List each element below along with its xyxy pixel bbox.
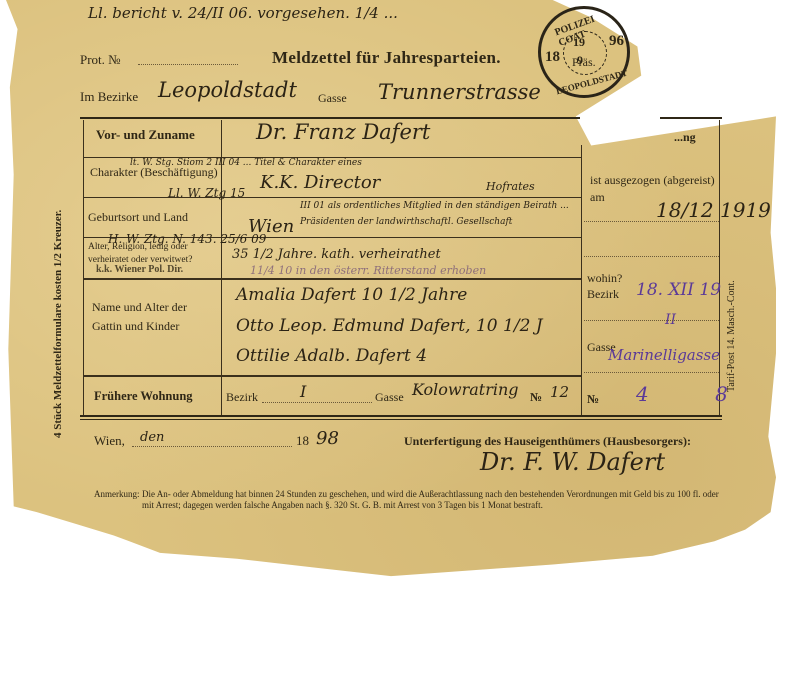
side-price-note: 4 Stück Meldzettelformulare kosten 1/2 K… [52, 210, 64, 438]
previous-bezirk-line [262, 402, 372, 403]
police-directorate-stamp: k.k. Wiener Pol. Dir. [96, 264, 183, 275]
previous-bezirk-label: Bezirk [226, 390, 258, 405]
table-col-divider-right [581, 145, 582, 416]
occupation-annotation: lt. W. Stg. Stiom 2 III 04 ... Titel & C… [130, 158, 570, 168]
bezirk-value: Leopoldstadt [158, 78, 297, 102]
right-dotted-line [584, 221, 719, 222]
legal-note: Die An- oder Abmeldung hat binnen 24 Stu… [142, 489, 722, 511]
prot-number-label: Prot. № [80, 52, 121, 68]
gasse-value: Trunnerstrasse [378, 80, 541, 104]
stamp-day: 19 [573, 35, 585, 50]
day-value: den [140, 430, 164, 445]
table-top-rule-right [660, 117, 722, 119]
wohin-label: wohin? [587, 271, 622, 286]
row-divider [83, 278, 581, 280]
row-divider [83, 375, 581, 377]
new-bezirk-label: Bezirk [587, 287, 619, 302]
stamp-year-left: 18 [545, 49, 560, 66]
year-prefix: 18 [296, 433, 309, 449]
new-gasse-value: Marinelligasse [608, 346, 720, 364]
label-full-name: Vor- und Zuname [96, 127, 195, 143]
occupation-margin-note: Ll. W. Ztg 15 [168, 186, 245, 200]
birthplace-margin-note: H. W. Ztg. N. 143. 25/6 09 [108, 232, 266, 246]
table-left-border [83, 120, 84, 416]
previous-gasse-value: Kolowratring [412, 380, 519, 399]
previous-bezirk-value: I [300, 382, 306, 401]
right-dotted-line [584, 372, 719, 373]
stamp-year-right: 96 [609, 33, 624, 50]
side-tarif-note: Tarif-Post 14. Masch.-Cont. [726, 280, 737, 392]
moved-out-date: 18/12 1919 [656, 198, 771, 222]
note-label: Anmerkung: [94, 489, 140, 499]
value-full-name: Dr. Franz Dafert [256, 120, 430, 144]
prot-number-line [138, 64, 238, 65]
year-value: 98 [316, 428, 339, 449]
table-top-rule [80, 117, 580, 119]
value-occupation-note: Hofrates [486, 180, 535, 193]
child-line-1: Otto Leop. Edmund Dafert, 10 1/2 J [236, 316, 543, 336]
value-age-religion-status: 35 1/2 Jahre. kath. verheirathet [232, 247, 441, 262]
gasse-label: Gasse [318, 91, 347, 106]
birthplace-annotation: III 01 als ordentliches Mitglied in den … [300, 198, 580, 230]
previous-no-value: 12 [550, 383, 569, 401]
label-previous-residence: Frühere Wohnung [94, 389, 193, 404]
owner-signature: Dr. F. W. Dafert [480, 448, 665, 476]
previous-no-label: № [530, 390, 542, 405]
police-stamp: POLIZEI COAT 19 9 18 96 LEOPOLDSTADT [538, 6, 630, 98]
stamp-month: 9 [577, 53, 583, 68]
table-bottom-rule [80, 415, 722, 417]
age-annotation: 11/4 10 in den österr. Ritterstand erhob… [250, 264, 486, 277]
child-line-2: Ottilie Adalb. Dafert 4 [236, 346, 427, 366]
right-column-header: ...ng [674, 130, 696, 145]
top-handwritten-note: Ll. bericht v. 24/II 06. vorgesehen. 1/4… [88, 4, 398, 22]
value-occupation: K.K. Director [260, 172, 380, 193]
label-spouse-children: Name und Alter der Gattin und Kinder [92, 298, 214, 336]
place-label: Wien, [94, 433, 125, 449]
table-right-border [719, 120, 720, 416]
label-birthplace: Geburtsort und Land [88, 210, 188, 225]
form-title: Meldzettel für Jahresparteien. [272, 48, 501, 68]
right-dotted-line [584, 256, 719, 257]
previous-gasse-label: Gasse [375, 390, 404, 405]
bezirk-label: Im Bezirke [80, 89, 138, 105]
signature-label: Unterfertigung des Hauseigenthümers (Hau… [404, 434, 691, 449]
table-bottom-rule-2 [80, 419, 722, 420]
new-bezirk-value: 18. XII 19 [636, 280, 721, 300]
right-dotted-line [584, 320, 719, 321]
new-no-value: 4 8 [636, 382, 758, 406]
new-no-label: № [587, 392, 599, 407]
date-line [132, 446, 292, 447]
spouse-line: Amalia Dafert 10 1/2 Jahre [236, 285, 467, 305]
